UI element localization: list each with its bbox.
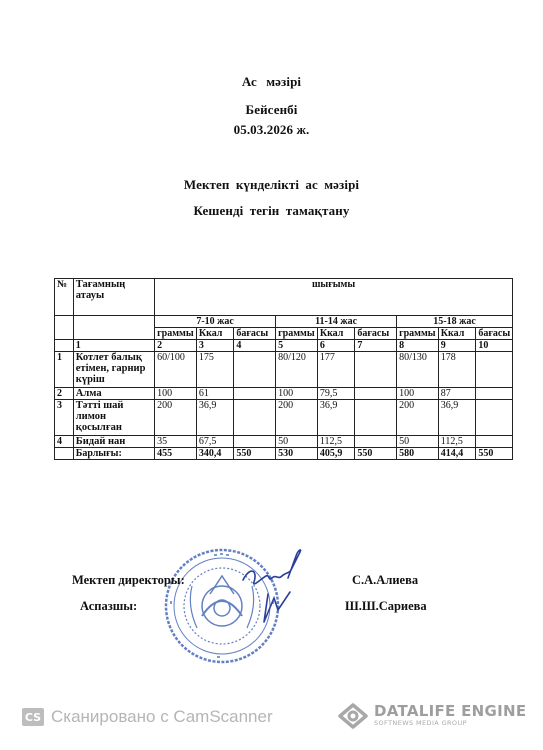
- cell-value: 200: [276, 400, 318, 436]
- datalife-eye-logo-icon: [338, 703, 368, 729]
- cell-value: 112,5: [438, 436, 476, 448]
- table-row: 1Котлет балық етімен, гарнир күріш60/100…: [55, 352, 513, 388]
- cell-value: 100: [155, 388, 197, 400]
- cell-value: 175: [196, 352, 234, 388]
- total-value: 455: [155, 448, 197, 460]
- row-number: 1: [55, 352, 74, 388]
- cell-value: [476, 352, 513, 388]
- cell-value: [355, 400, 397, 436]
- cell-value: 60/100: [155, 352, 197, 388]
- cell-value: 79,5: [317, 388, 355, 400]
- subtitle-daily-menu: Мектеп күнделікті ас мәзірі: [0, 177, 543, 193]
- cell-value: 87: [438, 388, 476, 400]
- column-number: 9: [438, 340, 476, 352]
- menu-title: Ас мәзірі: [0, 74, 543, 90]
- menu-date: 05.03.2026 ж.: [0, 122, 543, 138]
- row-number: 4: [55, 436, 74, 448]
- column-number: 8: [397, 340, 439, 352]
- cell-value: 61: [196, 388, 234, 400]
- column-number: 5: [276, 340, 318, 352]
- cell-value: 178: [438, 352, 476, 388]
- header-no: №: [55, 279, 74, 316]
- cell-value: [476, 436, 513, 448]
- total-value: 530: [276, 448, 318, 460]
- column-number: 1: [73, 340, 154, 352]
- blank: [73, 316, 154, 340]
- column-number: 2: [155, 340, 197, 352]
- cell-value: 200: [397, 400, 439, 436]
- column-number: 10: [476, 340, 513, 352]
- column-number: 6: [317, 340, 355, 352]
- sub-header-grams: граммы: [155, 328, 197, 340]
- cell-value: [476, 400, 513, 436]
- total-value: 550: [234, 448, 276, 460]
- cell-value: [355, 352, 397, 388]
- row-number: 2: [55, 388, 74, 400]
- dish-name: Бидай нан: [73, 436, 154, 448]
- menu-table: № Тағамның атауы шығымы 7-10 жас 11-14 ж…: [54, 278, 513, 460]
- cell-value: [234, 352, 276, 388]
- weekday: Бейсенбі: [0, 102, 543, 118]
- cell-value: 67,5: [196, 436, 234, 448]
- cell-value: 200: [155, 400, 197, 436]
- blank: [55, 448, 74, 460]
- sub-header-kcal: Ккал: [196, 328, 234, 340]
- table-row: 2Алма1006110079,510087: [55, 388, 513, 400]
- sub-header-grams: граммы: [397, 328, 439, 340]
- cell-value: 100: [276, 388, 318, 400]
- cell-value: 80/130: [397, 352, 439, 388]
- blank: [55, 340, 74, 352]
- cell-value: 36,9: [438, 400, 476, 436]
- table-row: 3Тәтті шай лимон қосылған20036,920036,92…: [55, 400, 513, 436]
- director-name: С.А.Алиева: [352, 573, 418, 588]
- header-dish-name: Тағамның атауы: [73, 279, 154, 316]
- total-value: 340,4: [196, 448, 234, 460]
- column-numbers-row: 12345678910: [55, 340, 513, 352]
- datalife-title: DATALIFE ENGINE: [374, 704, 526, 719]
- dish-name: Тәтті шай лимон қосылған: [73, 400, 154, 436]
- cell-value: [355, 388, 397, 400]
- cell-value: 50: [397, 436, 439, 448]
- row-number: 3: [55, 400, 74, 436]
- total-row: Барлығы: 455340,4550530405,9550580414,45…: [55, 448, 513, 460]
- cell-value: 112,5: [317, 436, 355, 448]
- cell-value: 50: [276, 436, 318, 448]
- column-number: 3: [196, 340, 234, 352]
- camscanner-logo-icon: CS: [22, 708, 44, 726]
- director-label: Мектеп директоры:: [72, 573, 185, 588]
- camscanner-text: Сканировано с CamScanner: [51, 707, 273, 727]
- cell-value: 100: [397, 388, 439, 400]
- subtitle-free-meals: Кешенді тегін тамақтану: [0, 203, 543, 219]
- camscanner-watermark: CS Сканировано с CamScanner: [22, 707, 273, 727]
- cell-value: [355, 436, 397, 448]
- total-value: 405,9: [317, 448, 355, 460]
- cell-value: [234, 436, 276, 448]
- cell-value: 177: [317, 352, 355, 388]
- cell-value: [476, 388, 513, 400]
- column-number: 4: [234, 340, 276, 352]
- total-value: 550: [476, 448, 513, 460]
- table-row: 4Бидай нан3567,550112,550112,5: [55, 436, 513, 448]
- total-value: 550: [355, 448, 397, 460]
- column-number: 7: [355, 340, 397, 352]
- dish-name: Алма: [73, 388, 154, 400]
- sub-header-price: бағасы: [234, 328, 276, 340]
- cell-value: 36,9: [317, 400, 355, 436]
- cell-value: 80/120: [276, 352, 318, 388]
- datalife-engine-watermark: DATALIFE ENGINE SOFTNEWS MEDIA GROUP: [338, 703, 526, 729]
- age-group-11-14: 11-14 жас: [276, 316, 397, 328]
- cell-value: [234, 388, 276, 400]
- cook-name: Ш.Ш.Сариева: [345, 599, 427, 614]
- age-group-7-10: 7-10 жас: [155, 316, 276, 328]
- cook-label: Аспазшы:: [80, 599, 137, 614]
- age-group-15-18: 15-18 жас: [397, 316, 513, 328]
- sub-header-kcal: Ккал: [317, 328, 355, 340]
- blank: [55, 316, 74, 340]
- header-output: шығымы: [155, 279, 513, 316]
- dish-name: Котлет балық етімен, гарнир күріш: [73, 352, 154, 388]
- cell-value: 36,9: [196, 400, 234, 436]
- sub-header-kcal: Ккал: [438, 328, 476, 340]
- sub-header-price: бағасы: [476, 328, 513, 340]
- total-value: 580: [397, 448, 439, 460]
- sub-header-price: бағасы: [355, 328, 397, 340]
- total-value: 414,4: [438, 448, 476, 460]
- signature: [238, 548, 308, 628]
- total-label: Барлығы:: [73, 448, 154, 460]
- cell-value: 35: [155, 436, 197, 448]
- sub-header-grams: граммы: [276, 328, 318, 340]
- cell-value: [234, 400, 276, 436]
- datalife-subtitle: SOFTNEWS MEDIA GROUP: [374, 719, 526, 728]
